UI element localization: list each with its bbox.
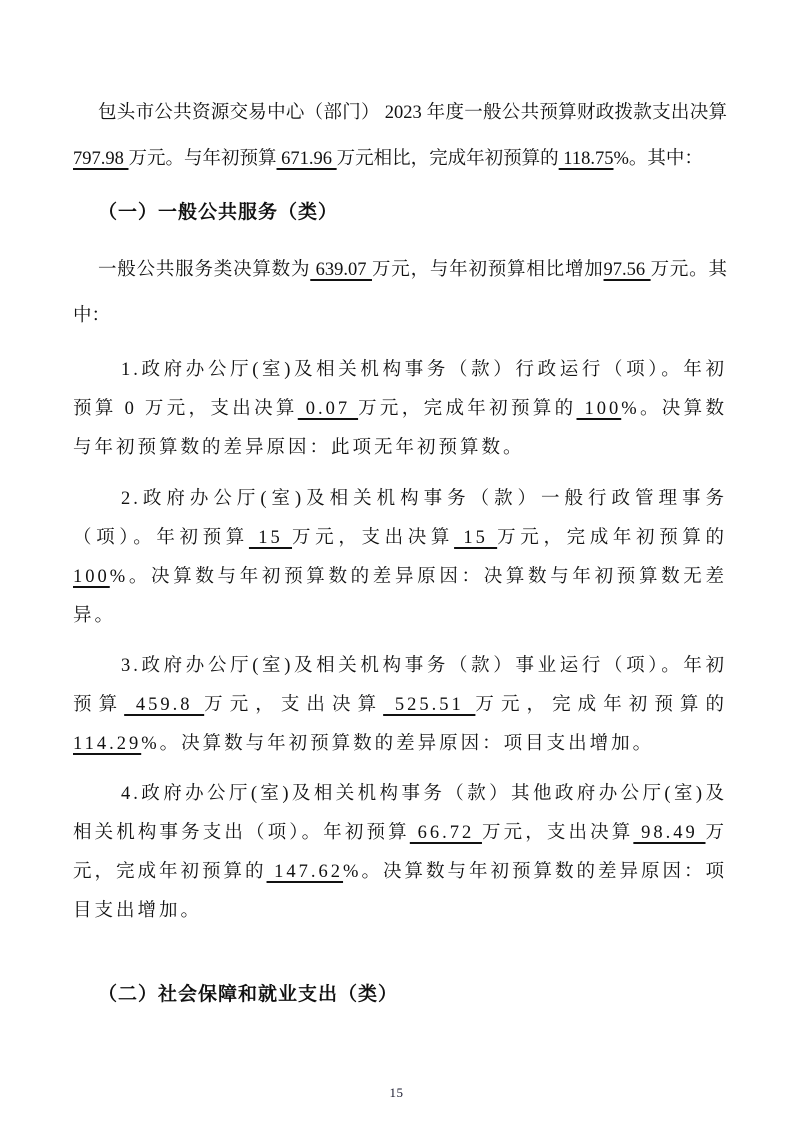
heading-section-2: （二）社会保障和就业支出（类） xyxy=(73,980,727,1010)
underlined-value: 15 xyxy=(249,528,292,548)
underlined-value: 525.51 xyxy=(383,695,475,715)
text-run: 万元。与年初预算 xyxy=(129,149,277,169)
text-run: 算 xyxy=(99,695,125,715)
underlined-value: 97.56 xyxy=(604,260,651,280)
summary-paragraph: 包头市公共资源交易中心（部门） 2023 年度一般公共预算财政拨款支出决算797… xyxy=(73,90,727,182)
text-run: 一般公共服务类决算数为 xyxy=(98,260,310,280)
text-run: %。其中： xyxy=(613,149,702,169)
underlined-value: 671.96 xyxy=(277,149,337,169)
item-paragraph-2: 2.政府办公厅(室)及相关机构事务（款）一般行政管理事务（项）。年初预算 15 … xyxy=(73,480,727,636)
text-run: %。决算数与年初预算数的差异原因：决算数与年初预算数无差异。 xyxy=(73,567,727,626)
item-paragraph-4: 4.政府办公厅(室)及相关机构事务（款）其他政府办公厅(室)及相关机构事务支出（… xyxy=(73,775,727,931)
text-run: （一）一般公共服务（类） xyxy=(98,202,338,223)
text-run: 万元，完成年初预算的 xyxy=(497,528,727,548)
section-1-summary-paragraph: 一般公共服务类决算数为 639.07 万元，与年初预算相比增加97.56 万元。… xyxy=(73,247,727,339)
underlined-value: 66.72 xyxy=(410,823,482,843)
text-run: 万元，支出决算 xyxy=(482,823,633,843)
underlined-value: 797.98 xyxy=(73,149,129,169)
text-run: 万元相比，完成年初预算的 xyxy=(337,149,559,169)
underlined-value: 100 xyxy=(577,399,622,419)
item-paragraph-1: 1.政府办公厅(室)及相关机构事务（款）行政运行（项）。年初预算 0 万元，支出… xyxy=(73,351,727,468)
underlined-value: 114.29 xyxy=(73,734,141,754)
text-run: 万元，支出决算 xyxy=(204,695,383,715)
document-page: 包头市公共资源交易中心（部门） 2023 年度一般公共预算财政拨款支出决算797… xyxy=(0,0,793,1122)
underlined-value: 147.62 xyxy=(267,862,344,882)
underlined-value: 0.07 xyxy=(298,399,358,419)
item-paragraph-3: 3.政府办公厅(室)及相关机构事务（款）事业运行（项）。年初预算 459.8 万… xyxy=(73,647,727,764)
document-body: 包头市公共资源交易中心（部门） 2023 年度一般公共预算财政拨款支出决算797… xyxy=(0,90,793,1010)
underlined-value: 15 xyxy=(454,528,497,548)
underlined-value: 639.07 xyxy=(310,260,372,280)
text-run: 万元，完成年初预算的 xyxy=(475,695,727,715)
text-run: %。决算数与年初预算数的差异原因：项目支出增加。 xyxy=(141,734,654,754)
underlined-value: 459.8 xyxy=(124,695,204,715)
text-run: 万元，完成年初预算的 xyxy=(358,399,576,419)
text-run: 万元，与年初预算相比增加 xyxy=(372,260,604,280)
text-run: （二）社会保障和就业支出（类） xyxy=(98,984,398,1005)
page-number: 15 xyxy=(0,1084,793,1102)
text-run: 包头市公共资源交易中心（部门） 2023 年度一般公共预算财政拨款支出决算 xyxy=(98,103,727,123)
underlined-value: 118.75 xyxy=(559,149,614,169)
underlined-value: 98.49 xyxy=(633,823,705,843)
heading-section-1: （一）一般公共服务（类） xyxy=(73,198,727,228)
underlined-value: 100 xyxy=(73,567,110,587)
text-run: 万元，支出决算 xyxy=(292,528,454,548)
